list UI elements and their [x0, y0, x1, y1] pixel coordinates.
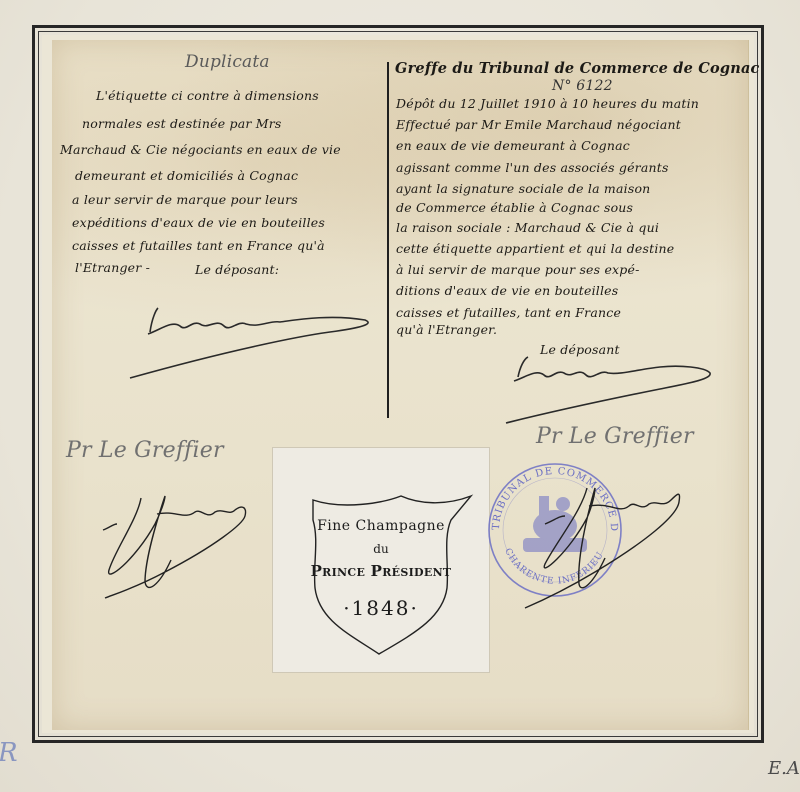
left-signoff: Le déposant: [195, 262, 279, 277]
left-line-7: caisses et futailles tant en France qu'à [72, 238, 325, 253]
right-line-8: cette étiquette appartient et qui la des… [396, 241, 674, 256]
left-depositor-signature [120, 290, 380, 380]
cognac-label-specimen: Fine Champagne du Prince Président ·1848… [272, 447, 490, 673]
right-line-7: la raison sociale : Marchaud & Cie à qui [396, 220, 659, 235]
label-year: ·1848· [273, 596, 489, 620]
left-line-5: a leur servir de marque pour leurs [72, 192, 298, 207]
left-line-8: l'Etranger - [75, 260, 150, 275]
tribunal-title: Greffe du Tribunal de Commerce de Cognac [395, 60, 760, 77]
left-margin-pencil-mark: R [0, 738, 18, 768]
right-line-5: ayant la signature sociale de la maison [396, 181, 650, 196]
right-line-12: qu'à l'Etranger. [396, 322, 497, 337]
right-depositor-signature [490, 345, 730, 425]
right-line-4: agissant comme l'un des associés gérants [396, 160, 669, 175]
right-greffier-signature [515, 480, 715, 610]
left-greffier-signature [95, 490, 275, 600]
label-line-fine-champagne: Fine Champagne [273, 518, 489, 534]
left-line-3: Marchaud & Cie négociants en eaux de vie [60, 142, 341, 157]
right-line-1: Dépôt du 12 Juillet 1910 à 10 heures du … [396, 96, 699, 111]
right-greffier-caption: Pr Le Greffier [536, 424, 694, 449]
page-initials: E.A. [768, 758, 800, 779]
right-line-11: caisses et futailles, tant en France [396, 305, 621, 320]
right-line-10: ditions d'eaux de vie en bouteilles [396, 283, 618, 298]
duplicata-heading: Duplicata [185, 52, 270, 72]
right-line-9: à lui servir de marque pour ses expé- [396, 262, 640, 277]
shield-outline-icon [273, 448, 491, 674]
left-greffier-caption: Pr Le Greffier [66, 438, 224, 463]
left-line-2: normales est destinée par Mrs [82, 116, 282, 131]
right-line-2: Effectué par Mr Emile Marchaud négociant [396, 117, 681, 132]
label-line-du: du [273, 542, 489, 556]
left-line-1: L'étiquette ci contre à dimensions [96, 88, 319, 103]
left-line-4: demeurant et domiciliés à Cognac [75, 168, 298, 183]
right-line-3: en eaux de vie demeurant à Cognac [396, 138, 630, 153]
deposit-number: N° 6122 [552, 78, 613, 94]
right-line-6: de Commerce établie à Cognac sous [396, 200, 633, 215]
left-line-6: expéditions d'eaux de vie en bouteilles [72, 215, 325, 230]
label-line-prince-president: Prince Président [273, 562, 489, 580]
panel-divider-rule [387, 62, 389, 418]
